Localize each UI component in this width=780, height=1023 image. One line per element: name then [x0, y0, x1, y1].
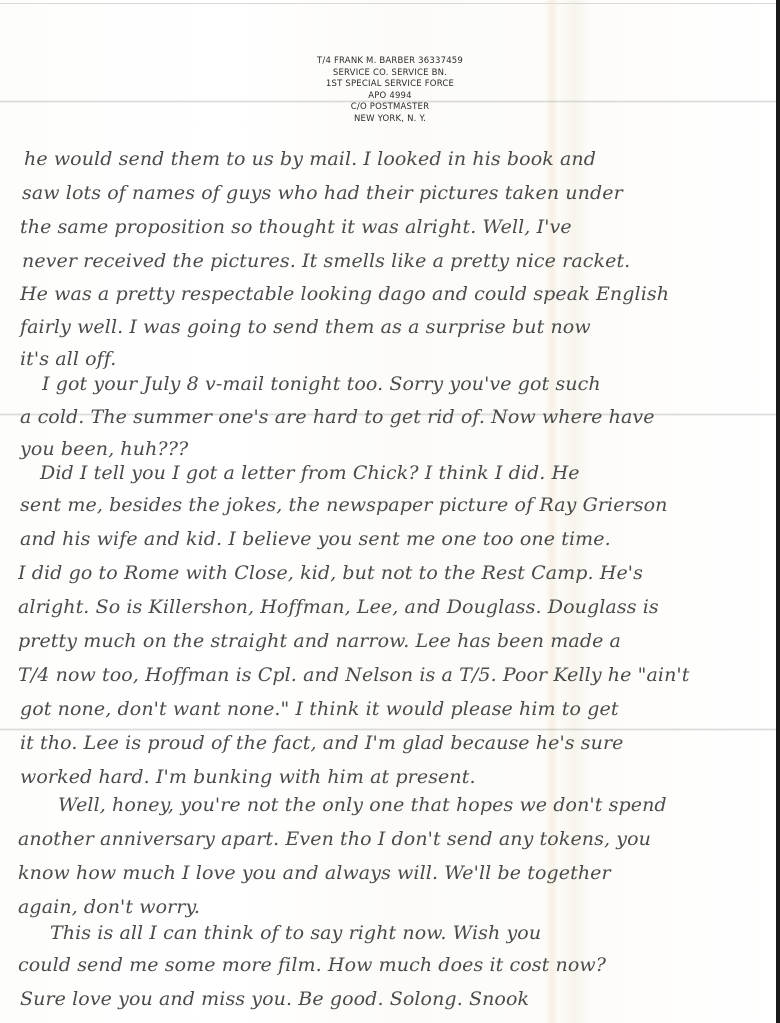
letter-line: the same proposition so thought it was a… — [20, 216, 572, 238]
letter-line: alright. So is Killershon, Hoffman, Lee,… — [18, 596, 659, 618]
letter-line: you been, huh??? — [20, 438, 188, 460]
letterhead-postmaster: C/O POSTMASTER — [260, 102, 520, 114]
letterhead: T/4 FRANK M. BARBER 36337459 SERVICE CO.… — [260, 56, 520, 125]
letter-page: T/4 FRANK M. BARBER 36337459 SERVICE CO.… — [0, 0, 776, 1023]
letter-line: pretty much on the straight and narrow. … — [18, 630, 621, 652]
letter-line: a cold. The summer one's are hard to get… — [20, 406, 655, 428]
fold-crease-bottom — [0, 728, 776, 731]
letter-line: never received the pictures. It smells l… — [22, 250, 630, 272]
letter-line: fairly well. I was going to send them as… — [20, 316, 591, 338]
letter-line: it tho. Lee is proud of the fact, and I'… — [20, 732, 624, 754]
letterhead-name: T/4 FRANK M. BARBER 36337459 — [260, 56, 520, 68]
letter-line: worked hard. I'm bunking with him at pre… — [20, 766, 476, 788]
letterhead-unit: SERVICE CO. SERVICE BN. — [260, 68, 520, 80]
letter-line: again, don't worry. — [18, 896, 200, 918]
letter-line: know how much I love you and always will… — [18, 862, 611, 884]
letter-line: This is all I can think of to say right … — [50, 922, 541, 944]
letter-signoff: Sure love you and miss you. Be good. Sol… — [20, 988, 529, 1010]
letter-line: got none, don't want none." I think it w… — [20, 698, 619, 720]
letter-line: Did I tell you I got a letter from Chick… — [40, 462, 580, 484]
letter-line: Well, honey, you're not the only one tha… — [58, 794, 667, 816]
letter-line: sent me, besides the jokes, the newspape… — [20, 494, 667, 516]
letter-line: He was a pretty respectable looking dago… — [20, 283, 669, 305]
letter-line: could send me some more film. How much d… — [18, 954, 606, 976]
letter-line: and his wife and kid. I believe you sent… — [20, 528, 611, 550]
letter-line: it's all off. — [20, 348, 116, 370]
letter-line: he would send them to us by mail. I look… — [24, 148, 596, 170]
paper-top-edge — [0, 3, 776, 4]
scan-edge — [776, 0, 780, 1023]
letterhead-city: NEW YORK, N. Y. — [260, 114, 520, 126]
letter-line: another anniversary apart. Even tho I do… — [18, 828, 651, 850]
letter-line: I did go to Rome with Close, kid, but no… — [18, 562, 643, 584]
letter-line: T/4 now too, Hoffman is Cpl. and Nelson … — [18, 664, 689, 686]
letter-line: I got your July 8 v-mail tonight too. So… — [42, 373, 601, 395]
letterhead-force: 1ST SPECIAL SERVICE FORCE — [260, 79, 520, 91]
letterhead-apo: APO 4994 — [260, 91, 520, 103]
letter-line: saw lots of names of guys who had their … — [22, 182, 623, 204]
